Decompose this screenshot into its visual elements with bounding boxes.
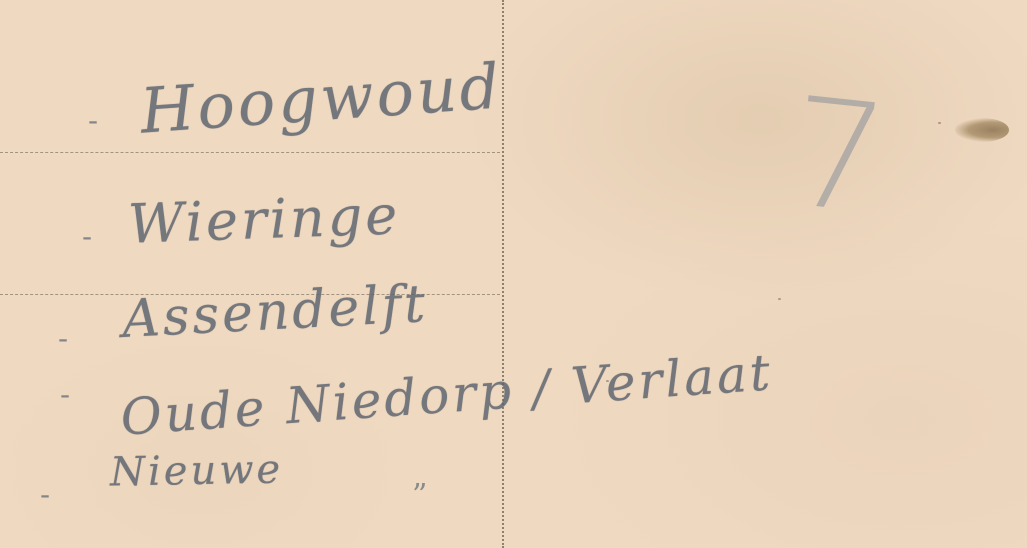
entry-bullet: - (58, 322, 68, 355)
entry-bullet: - (40, 478, 50, 511)
speck (938, 122, 941, 124)
ditto-mark: ” (412, 478, 427, 513)
margin-number-mark: 7 (781, 65, 894, 248)
center-divider-line (502, 0, 504, 548)
address-line-1 (0, 152, 500, 153)
entry-wieringe: Wieringe (127, 183, 401, 255)
entry-oude-niedorp-verlaat: Oude Niedorp / Verlaat (119, 343, 775, 446)
entry-nieuwe: Nieuwe (110, 446, 284, 495)
entry-bullet: - (88, 104, 98, 137)
entry-assendelft: Assendelft (121, 274, 430, 350)
postcard-back: - Hoogwoud - Wieringe - Assendelft - Oud… (0, 0, 1027, 548)
entry-bullet: - (60, 378, 70, 411)
speck (778, 298, 781, 300)
entry-bullet: - (82, 220, 92, 253)
entry-hoogwoud: Hoogwoud (138, 49, 505, 147)
stain-spot (955, 118, 1009, 142)
speck (606, 380, 609, 382)
